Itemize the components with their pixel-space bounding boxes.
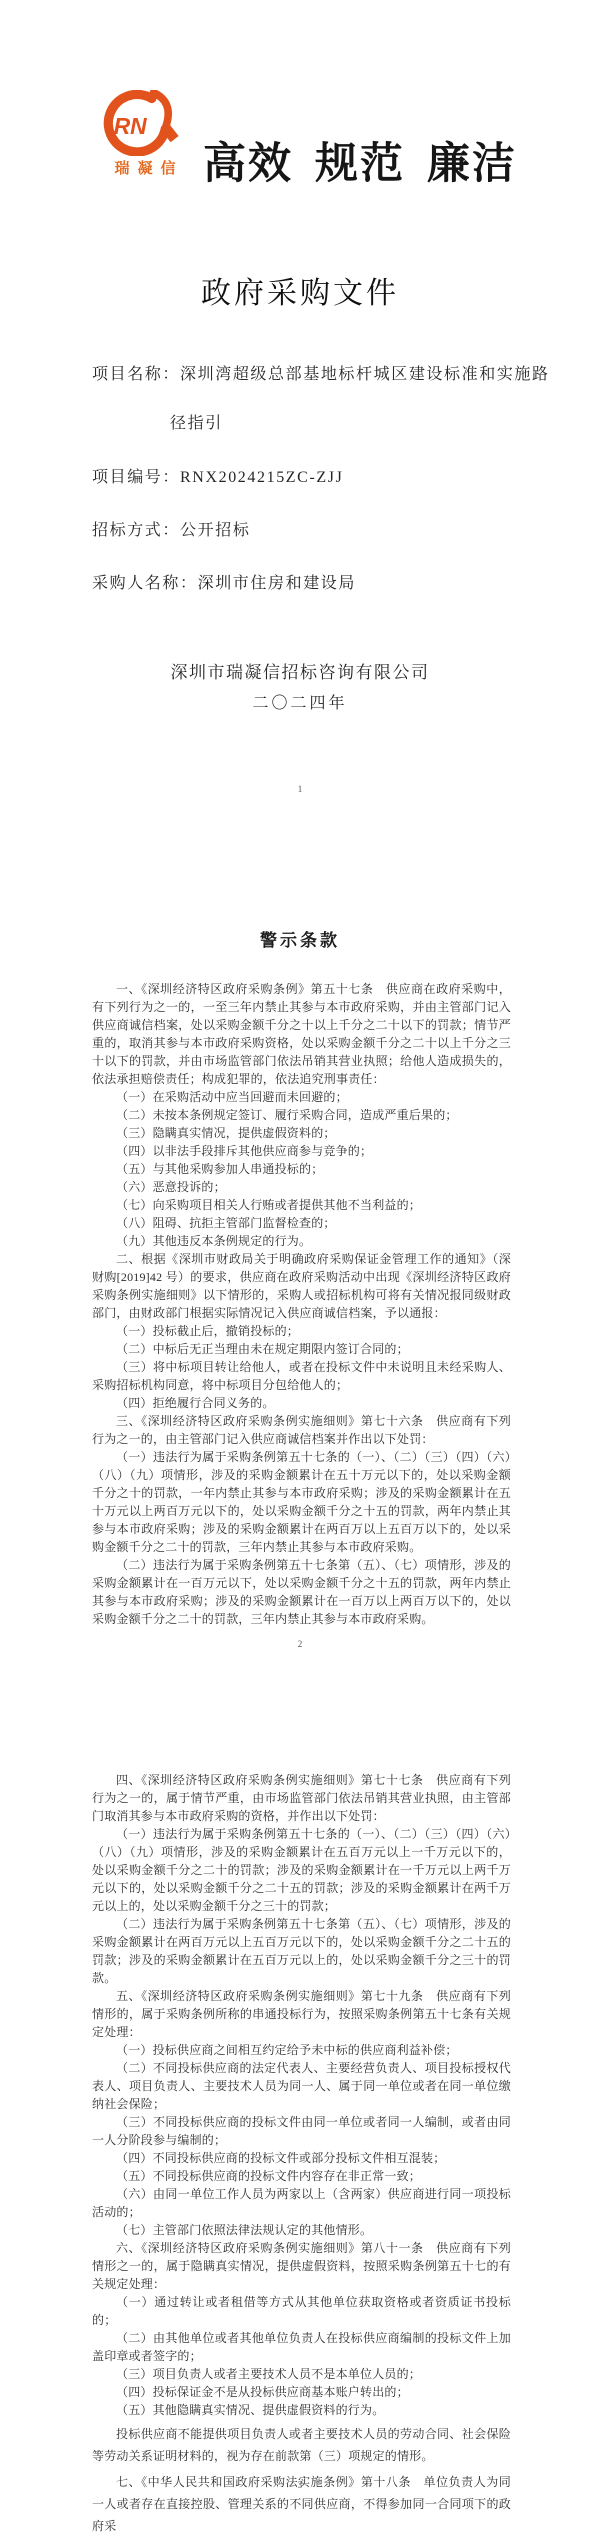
paragraph: （四）以非法手段排斥其他供应商参与竞争的；	[92, 1142, 511, 1160]
paragraph: （一）违法行为属于采购条例第五十七条的（一）、（二）（三）（四）（六）（八）（九…	[92, 1448, 511, 1556]
page-number-3: 3	[0, 2480, 600, 2490]
field-project-name: 项目名称：深圳湾超级总部基地标杆城区建设标准和实施路	[92, 361, 550, 384]
paragraph: （二）未按本条例规定签订、履行采购合同，造成严重后果的；	[92, 1106, 511, 1124]
page-number-1: 1	[0, 784, 600, 794]
warning-page3-body: 四、《深圳经济特区政府采购条例实施细则》第七十七条 供应商有下列行为之一的，属于…	[92, 1771, 511, 2537]
paragraph: （五）其他隐瞒真实情况、提供虚假资料的行为。	[92, 2401, 511, 2419]
company-logo: RN 瑞凝信	[99, 90, 191, 178]
paragraph: （一）违法行为属于采购条例第五十七条的（一）、（二）（三）（四）（六）（八）（九…	[92, 1825, 511, 1915]
paragraph: 二、根据《深圳市财政局关于明确政府采购保证金管理工作的通知》（深财购[2019]…	[92, 1250, 511, 1322]
paragraph: （四）投标保证金不是从投标供应商基本账户转出的；	[92, 2383, 511, 2401]
paragraph: 五、《深圳经济特区政府采购条例实施细则》第七十九条 供应商有下列情形的，属于采购…	[92, 1987, 511, 2041]
document-title: 政府采购文件	[0, 268, 600, 312]
paragraph: 三、《深圳经济特区政府采购条例实施细则》第七十六条 供应商有下列行为之一的，由主…	[92, 1412, 511, 1448]
paragraph: （五）与其他采购参加人串通投标的；	[92, 1160, 511, 1178]
paragraph: （九）其他违反本条例规定的行为。	[92, 1232, 511, 1250]
paragraph: （五）不同投标供应商的投标文件内容存在非正常一致；	[92, 2167, 511, 2185]
field-purchaser: 采购人名称：深圳市住房和建设局	[92, 570, 356, 593]
field-bid-method: 招标方式：公开招标	[92, 517, 250, 540]
logo-letters: RN	[114, 113, 147, 139]
paragraph: （三）不同投标供应商的投标文件由同一单位或者同一人编制，或者由同一人分阶段参与编…	[92, 2113, 511, 2149]
warning-section-title: 警示条款	[0, 926, 600, 951]
paragraph: 四、《深圳经济特区政府采购条例实施细则》第七十七条 供应商有下列行为之一的，属于…	[92, 1771, 511, 1825]
procurement-document: RN 瑞凝信 高效 规范 廉洁 政府采购文件 项目名称：深圳湾超级总部基地标杆城…	[0, 0, 600, 2546]
paragraph: （四）不同投标供应商的投标文件或部分投标文件相互混装；	[92, 2149, 511, 2167]
field-project-number-value: RNX2024215ZC-ZJJ	[180, 469, 343, 486]
agency-name: 深圳市瑞凝信招标咨询有限公司	[0, 658, 600, 683]
paragraph: （六）恶意投诉的；	[92, 1178, 511, 1196]
paragraph: （四）拒绝履行合同义务的。	[92, 1394, 511, 1412]
page-number-2: 2	[0, 1639, 600, 1649]
field-project-name-label: 项目名称：	[92, 366, 180, 383]
paragraph: （七）主管部门依照法律法规认定的其他情形。	[92, 2221, 511, 2239]
paragraph: （二）由其他单位或者其他单位负责人在投标供应商编制的投标文件上加盖印章或者签字的…	[92, 2329, 511, 2365]
paragraph: （一）投标供应商之间相互约定给予未中标的供应商利益补偿；	[92, 2041, 511, 2059]
field-purchaser-value: 深圳市住房和建设局	[198, 575, 356, 592]
field-project-name-value: 深圳湾超级总部基地标杆城区建设标准和实施路	[180, 366, 550, 383]
field-bid-method-label: 招标方式：	[92, 522, 180, 539]
paragraph: （八）阻碍、抗拒主管部门监督检查的；	[92, 1214, 511, 1232]
field-purchaser-label: 采购人名称：	[92, 575, 198, 592]
field-project-number: 项目编号：RNX2024215ZC-ZJJ	[92, 464, 343, 487]
logo-company-name: 瑞凝信	[99, 157, 191, 178]
paragraph: （二）违法行为属于采购条例第五十七条第（五）、（七）项情形，涉及的采购金额累计在…	[92, 1915, 511, 1987]
rn-logo-icon: RN	[102, 90, 188, 156]
paragraph: 投标供应商不能提供项目负责人或者主要技术人员的劳动合同、社会保险等劳动关系证明材…	[92, 2423, 511, 2467]
paragraph: （六）由同一单位工作人员为两家以上（含两家）供应商进行同一项投标活动的；	[92, 2185, 511, 2221]
warning-page2-body: 一、《深圳经济特区政府采购条例》第五十七条 供应商在政府采购中，有下列行为之一的…	[92, 980, 511, 1628]
field-project-name-wrap: 径指引	[170, 410, 223, 433]
paragraph: 一、《深圳经济特区政府采购条例》第五十七条 供应商在政府采购中，有下列行为之一的…	[92, 980, 511, 1088]
paragraph: （二）违法行为属于采购条例第五十七条第（五）、（七）项情形，涉及的采购金额累计在…	[92, 1556, 511, 1628]
paragraph: （一）通过转让或者租借等方式从其他单位获取资格或者资质证书投标的；	[92, 2293, 511, 2329]
field-bid-method-value: 公开招标	[180, 522, 250, 539]
document-year: 二〇二四年	[0, 690, 600, 713]
field-project-number-label: 项目编号：	[92, 469, 180, 486]
brand-slogan: 高效 规范 廉洁	[203, 130, 517, 191]
paragraph: （二）中标后无正当理由未在规定期限内签订合同的；	[92, 1340, 511, 1358]
paragraph: 六、《深圳经济特区政府采购条例实施细则》第八十一条 供应商有下列情形之一的，属于…	[92, 2239, 511, 2293]
paragraph: （三）项目负责人或者主要技术人员不是本单位人员的；	[92, 2365, 511, 2383]
paragraph: （一）在采购活动中应当回避而未回避的；	[92, 1088, 511, 1106]
paragraph: （三）隐瞒真实情况，提供虚假资料的；	[92, 1124, 511, 1142]
paragraph: （三）将中标项目转让给他人，或者在投标文件中未说明且未经采购人、采购招标机构同意…	[92, 1358, 511, 1394]
paragraph: （七）向采购项目相关人行贿或者提供其他不当利益的；	[92, 1196, 511, 1214]
paragraph: （二）不同投标供应商的法定代表人、主要经营负责人、项目投标授权代表人、项目负责人…	[92, 2059, 511, 2113]
paragraph: （一）投标截止后，撤销投标的；	[92, 1322, 511, 1340]
